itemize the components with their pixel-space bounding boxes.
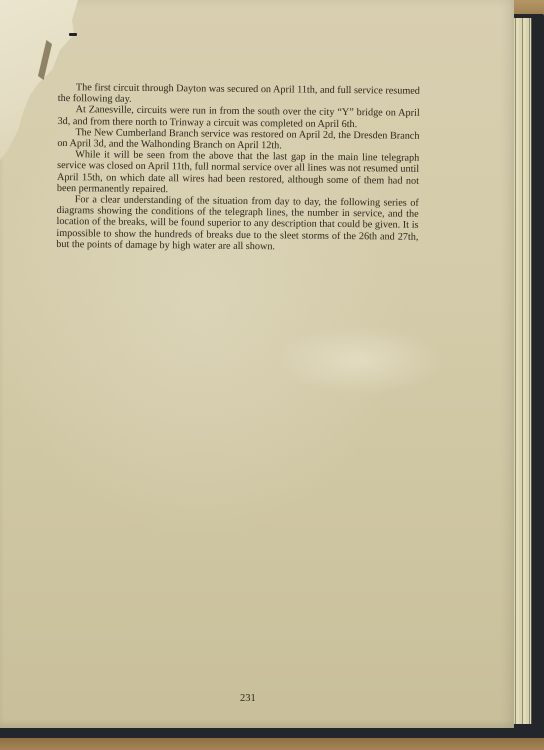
page-number: 231 bbox=[240, 693, 256, 704]
paragraph-service-restored: While it will be seen from the above tha… bbox=[57, 149, 419, 198]
wood-table-background-bottom bbox=[0, 738, 544, 750]
paragraph-diagrams: For a clear understanding of the situati… bbox=[56, 194, 419, 254]
book-page: The first circuit through Dayton was sec… bbox=[0, 0, 514, 728]
body-text: The first circuit through Dayton was sec… bbox=[56, 82, 420, 254]
staple-mark bbox=[69, 33, 77, 36]
